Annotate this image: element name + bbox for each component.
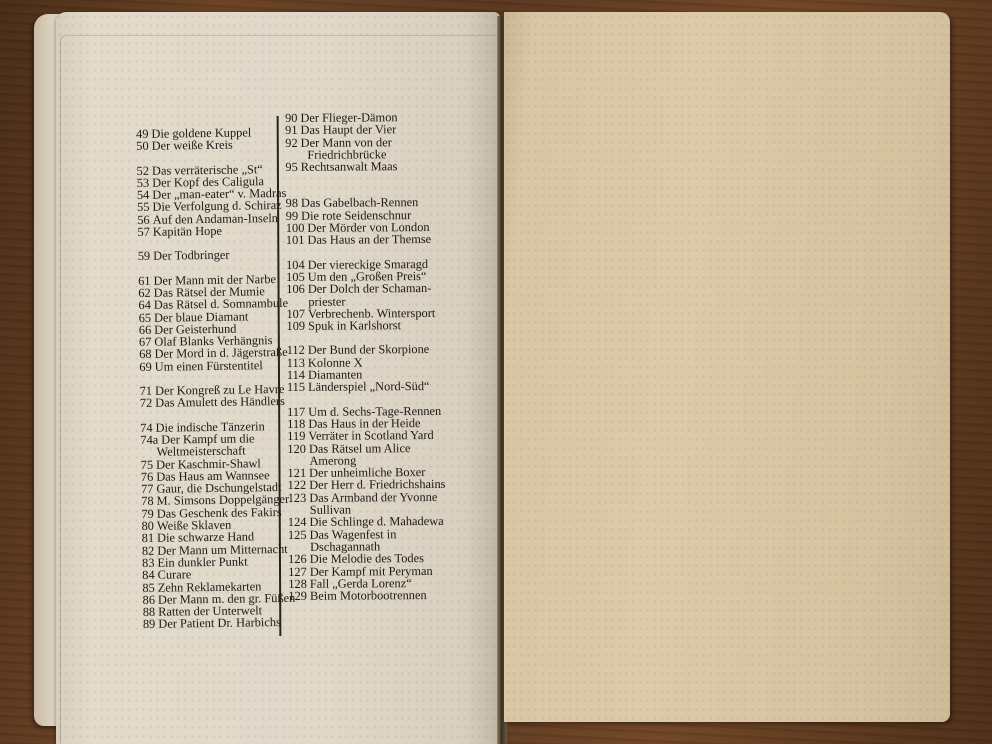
volume-number: 123 — [288, 492, 307, 504]
title-list-right-column: 90Der Flieger-Dämon91Das Haupt der Vier9… — [285, 111, 446, 602]
list-item: 101Das Haus an der Themse — [286, 233, 444, 246]
list-item: 120Das Rätsel um Alice — [287, 441, 445, 454]
volume-number: 78 — [141, 495, 154, 507]
volume-number: 95 — [285, 161, 297, 173]
volume-number: 69 — [139, 361, 152, 373]
list-item: 95Rechtsanwalt Maas — [285, 160, 443, 173]
list-item: 115Länderspiel „Nord-Süd“ — [287, 380, 445, 393]
list-item: 109Spuk in Karlshorst — [286, 319, 444, 332]
volume-title: Der Todbringer — [153, 248, 230, 263]
volume-number: 89 — [143, 618, 156, 630]
volume-title: Länderspiel „Nord-Süd“ — [308, 379, 430, 394]
volume-number: 50 — [136, 140, 149, 152]
volume-number: 126 — [288, 553, 307, 565]
volume-number: 72 — [140, 397, 153, 409]
volume-number: 91 — [285, 124, 297, 136]
volume-title: Kapitän Hope — [153, 224, 222, 239]
volume-title: Das Amulett des Händlers — [155, 394, 285, 410]
volume-title: Das Haus an der Themse — [307, 232, 431, 247]
volume-number: 106 — [286, 283, 305, 295]
volume-number: 122 — [288, 479, 307, 491]
volume-number: 84 — [142, 569, 155, 581]
volume-number: 129 — [288, 590, 307, 602]
list-item: 89Der Patient Dr. Harbichs — [143, 616, 296, 630]
volume-number: 109 — [286, 320, 305, 332]
volume-title: Der weiße Kreis — [152, 138, 233, 153]
volume-number: 81 — [142, 532, 155, 544]
volume-title: Der Patient Dr. Harbichs — [158, 615, 281, 631]
volume-number: 120 — [287, 442, 306, 454]
right-page-blank — [504, 12, 950, 722]
volume-title: Beim Motorbootrennen — [310, 588, 427, 603]
list-item: 72Das Amulett des Händlers — [140, 395, 293, 409]
volume-number: 64 — [138, 299, 151, 311]
volume-number: 92 — [285, 137, 297, 149]
volume-title: Spuk in Karlshorst — [308, 318, 401, 333]
volume-number: 112 — [287, 344, 305, 356]
volume-number: 57 — [137, 226, 150, 238]
volume-number: 59 — [138, 250, 151, 262]
volume-number: 124 — [288, 516, 307, 528]
spacer — [285, 172, 443, 197]
list-item: 129Beim Motorbootrennen — [288, 589, 446, 602]
volume-number: 98 — [286, 197, 298, 209]
volume-title: Um einen Fürstentitel — [155, 358, 263, 374]
volume-number: 125 — [288, 528, 307, 540]
volume-number: 115 — [287, 381, 305, 393]
list-item: 106Der Dolch der Schaman- — [286, 282, 444, 295]
volume-number: 101 — [286, 234, 305, 246]
volume-title: Rechtsanwalt Maas — [301, 159, 398, 174]
volume-number: 119 — [287, 430, 305, 442]
title-list-left-column: 49Die goldene Kuppel50Der weiße Kreis52D… — [136, 126, 296, 631]
